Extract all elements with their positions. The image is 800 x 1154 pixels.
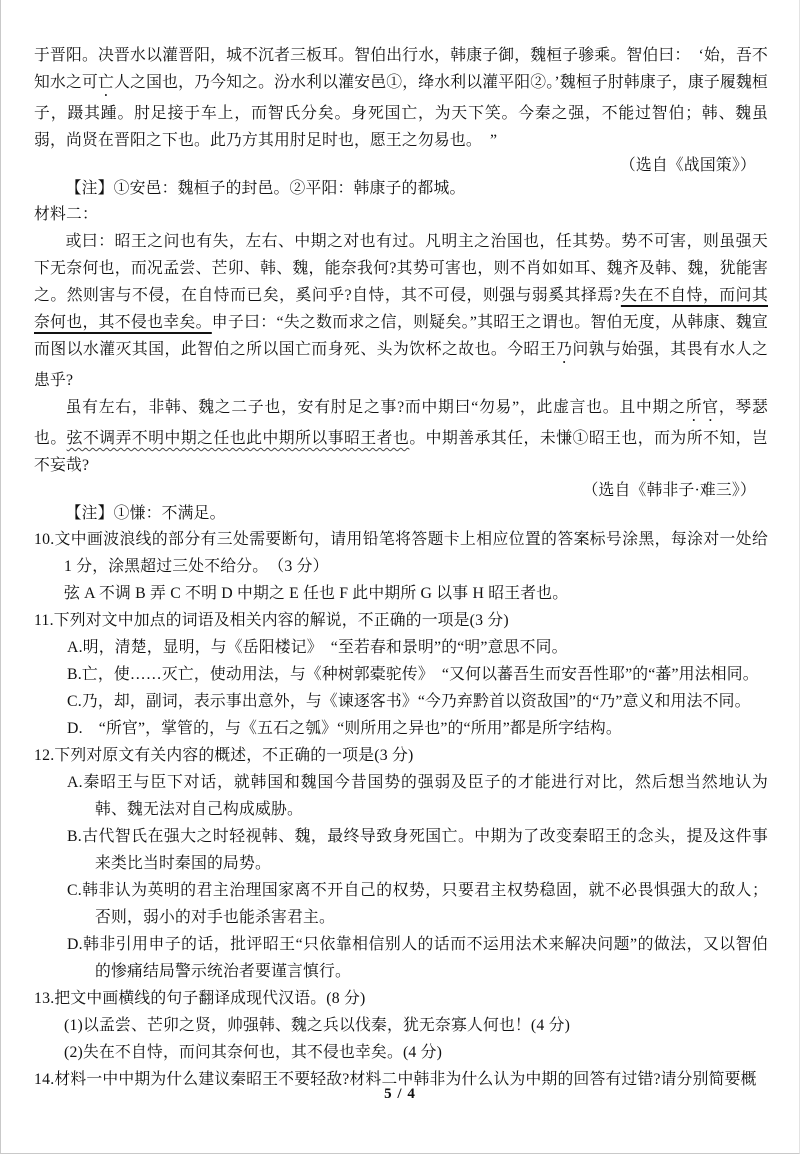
- text-run: 虽有左右，非韩、魏之二子也，安有肘足之事?而中期曰“勿易”，此虚言也。且中期之: [66, 399, 686, 416]
- text-run: B.古代智氏在强大之时轻视韩、魏，最终导致身死国亡。中期为了改变秦昭王的念头，提…: [67, 828, 768, 872]
- text-run: A.明，清楚，显明，与《岳阳楼记》 “至若春和景明”的“明”意思不同。: [67, 639, 568, 656]
- document-body: 于晋阳。决晋水以灌晋阳，城不沉者三板耳。智伯出行水，韩康子御，魏桓子骖乘。智伯曰…: [34, 42, 768, 1093]
- material1-paragraph: 于晋阳。决晋水以灌晋阳，城不沉者三板耳。智伯出行水，韩康子御，魏桓子骖乘。智伯曰…: [34, 42, 768, 154]
- text-run: 【注】①慊：不满足。: [66, 505, 226, 522]
- question-13: 13.把文中画横线的句子翻译成现代汉语。(8 分): [34, 985, 768, 1012]
- text-run: C.乃，却，副词，表示事出意外，与《谏逐客书》“今乃弃黔首以资敌国”的“乃”意义…: [67, 693, 751, 710]
- question-13-item-2: (2)失在不自恃，而问其奈何也，其不侵也幸矣。(4 分): [64, 1039, 768, 1066]
- question-12-option-d: D.韩非引用申子的话，批评昭王“只依靠相信别人的话而不运用法术来解决问题”的做法…: [67, 931, 768, 985]
- text-run: (2)失在不自恃，而问其奈何也，其不侵也幸矣。(4 分): [64, 1044, 442, 1061]
- text-run: D.韩非引用申子的话，批评昭王“只依靠相信别人的话而不运用法术来解决问题”的做法…: [67, 936, 768, 980]
- question-11-option-b: B.亡，使……灭亡，使动用法，与《种树郭橐驼传》 “又何以蕃吾生而安吾性耶”的“…: [67, 661, 768, 688]
- text-run: 【注】①安邑：魏桓子的封邑。②平阳：韩康子的都城。: [66, 180, 466, 197]
- question-12-option-c: C.韩非认为英明的君主治理国家离不开自己的权势，只要君主权势稳固，就不必畏惧强大…: [67, 877, 768, 931]
- text-run: 材料二：: [34, 206, 98, 223]
- dot-emphasized-word: 乃: [556, 341, 572, 358]
- material1-source: （选自《战国策》）: [34, 154, 768, 177]
- question-12: 12.下列对原文有关内容的概述，不正确的一项是(3 分): [34, 742, 768, 769]
- exam-page: 于晋阳。决晋水以灌晋阳，城不沉者三板耳。智伯出行水，韩康子御，魏桓子骖乘。智伯曰…: [0, 0, 800, 1154]
- question-12-option-a: A.秦昭王与臣下对话，就韩国和魏国今昔国势的强弱及臣子的才能进行对比，然后想当然…: [67, 769, 768, 823]
- material2-paragraph-1: 或曰：昭王之问也有失，左右、中期之对也有过。凡明主之治国也，任其势。势不可害，则…: [34, 228, 768, 394]
- dot-emphasized-word: 亡: [98, 74, 114, 91]
- question-10-answer-line: 弦 A 不调 B 弄 C 不明 D 中期之 E 任也 F 此中期所 G 以事 H…: [64, 580, 768, 607]
- text-run: 13.把文中画横线的句子翻译成现代汉语。(8 分): [34, 990, 365, 1007]
- question-10: 10.文中画波浪线的部分有三处需要断句，请用铅笔将答题卡上相应位置的答案标号涂黑…: [34, 526, 768, 580]
- text-run: 11.下列对文中加点的词语及相关内容的解说，不正确的一项是(3 分): [34, 612, 509, 629]
- text-run: 12.下列对原文有关内容的概述，不正确的一项是(3 分): [34, 747, 413, 764]
- dot-emphasized-word: 所官: [686, 399, 719, 416]
- text-run: B.亡，使……灭亡，使动用法，与《种树郭橐驼传》 “又何以蕃吾生而安吾性耶”的“…: [67, 666, 759, 683]
- wavy-underlined-text: 弦不调弄不明中期之任也此中期所以事昭王者也: [67, 430, 410, 447]
- text-run: 人之国也，乃今知之。汾水利以灌安邑①，绛水利以灌平阳②。’魏桓子肘韩康子，康子履…: [34, 74, 768, 149]
- material1-note: 【注】①安邑：魏桓子的封邑。②平阳：韩康子的都城。: [34, 177, 768, 201]
- text-run: A.秦昭王与臣下对话，就韩国和魏国今昔国势的强弱及臣子的才能进行对比，然后想当然…: [67, 774, 768, 818]
- question-11-option-d: D. “所官”，掌管的，与《五石之瓠》“则所用之异也”的“所用”都是所字结构。: [67, 715, 768, 742]
- material2-heading: 材料二：: [34, 201, 768, 228]
- material2-note: 【注】①慊：不满足。: [34, 502, 768, 526]
- text-run: 10.文中画波浪线的部分有三处需要断句，请用铅笔将答题卡上相应位置的答案标号涂黑…: [34, 531, 768, 575]
- material2-paragraph-2: 虽有左右，非韩、魏之二子也，安有肘足之事?而中期曰“勿易”，此虚言也。且中期之所…: [34, 394, 768, 479]
- question-11-option-a: A.明，清楚，显明，与《岳阳楼记》 “至若春和景明”的“明”意思不同。: [67, 634, 768, 661]
- question-13-item-1: (1)以孟尝、芒卯之贤，帅强韩、魏之兵以伐秦，犹无奈寡人何也！(4 分): [64, 1012, 768, 1039]
- text-run: (1)以孟尝、芒卯之贤，帅强韩、魏之兵以伐秦，犹无奈寡人何也！(4 分): [64, 1017, 570, 1034]
- material2-source: （选自《韩非子·难三》）: [34, 479, 768, 502]
- question-12-option-b: B.古代智氏在强大之时轻视韩、魏，最终导致身死国亡。中期为了改变秦昭王的念头，提…: [67, 823, 768, 877]
- text-run: C.韩非认为英明的君主治理国家离不开自己的权势，只要君主权势稳固，就不必畏惧强大…: [67, 882, 768, 926]
- question-11-option-c: C.乃，却，副词，表示事出意外，与《谏逐客书》“今乃弃黔首以资敌国”的“乃”意义…: [67, 688, 768, 715]
- text-run: （选自《韩非子·难三》）: [582, 482, 756, 499]
- text-run: （选自《战国策》）: [620, 157, 756, 174]
- page-number: 5 / 4: [1, 1086, 799, 1103]
- question-11: 11.下列对文中加点的词语及相关内容的解说，不正确的一项是(3 分): [34, 607, 768, 634]
- text-run: D. “所官”，掌管的，与《五石之瓠》“则所用之异也”的“所用”都是所字结构。: [67, 720, 622, 737]
- text-run: 弦 A 不调 B 弄 C 不明 D 中期之 E 任也 F 此中期所 G 以事 H…: [64, 585, 568, 602]
